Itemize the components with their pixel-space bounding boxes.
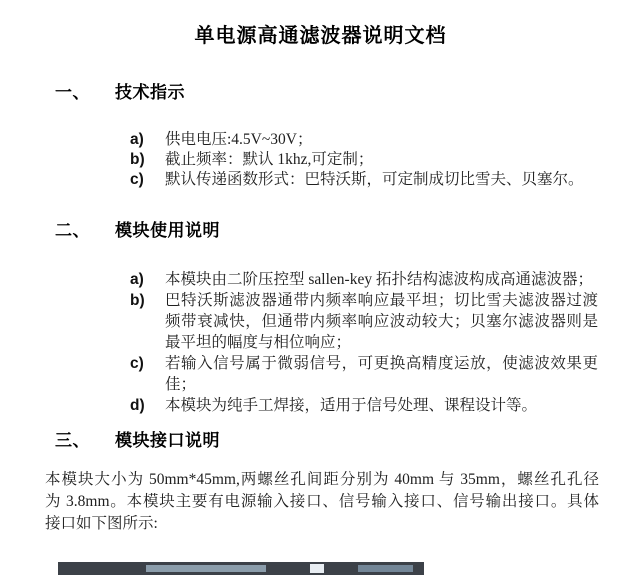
item-text: 若输入信号属于微弱信号，可更换高精度运放，使滤波效果更佳；	[165, 353, 598, 395]
document-page: 单电源高通滤波器说明文档 一、 技术指示 a) 供电电压:4.5V~30V； b…	[0, 0, 641, 576]
list-item: b) 截止频率：默认 1khz,可定制；	[130, 150, 598, 170]
photo-fragment	[310, 564, 324, 573]
item-text: 截止频率：默认 1khz,可定制；	[165, 150, 598, 170]
section-1-items: a) 供电电压:4.5V~30V； b) 截止频率：默认 1khz,可定制； c…	[130, 130, 598, 190]
section-3-heading: 三、 模块接口说明	[55, 426, 220, 451]
document-title: 单电源高通滤波器说明文档	[0, 19, 641, 48]
item-text: 巴特沃斯滤波器通带内频率响应最平坦；切比雪夫滤波器过渡频带衰减快，但通带内频率响…	[165, 290, 598, 353]
section-3-number: 三、	[55, 426, 115, 451]
section-1-title: 技术指示	[115, 78, 185, 103]
section-2-title: 模块使用说明	[115, 216, 220, 241]
item-text: 供电电压:4.5V~30V；	[165, 130, 598, 150]
item-label: a)	[130, 130, 165, 150]
module-photo-top-edge	[58, 562, 424, 575]
photo-fragment	[146, 565, 266, 572]
section-1-heading: 一、 技术指示	[55, 78, 185, 103]
list-item: d) 本模块为纯手工焊接，适用于信号处理、课程设计等。	[130, 395, 598, 416]
item-label: c)	[130, 353, 165, 374]
item-text: 默认传递函数形式：巴特沃斯，可定制成切比雪夫、贝塞尔。	[165, 170, 598, 190]
item-text: 本模块由二阶压控型 sallen-key 拓扑结构滤波构成高通滤波器；	[165, 269, 598, 290]
section-1-number: 一、	[55, 78, 115, 103]
item-label: b)	[130, 150, 165, 170]
paragraph-line: 为 3.8mm。本模块主要有电源输入接口、信号输入接口、信号输出接口。具体	[45, 491, 599, 513]
paragraph-line: 接口如下图所示:	[45, 513, 599, 535]
paragraph-line: 本模块大小为 50mm*45mm,两螺丝孔间距分别为 40mm 与 35mm，螺…	[45, 469, 599, 491]
section-2-items: a) 本模块由二阶压控型 sallen-key 拓扑结构滤波构成高通滤波器； b…	[130, 269, 598, 416]
list-item: a) 本模块由二阶压控型 sallen-key 拓扑结构滤波构成高通滤波器；	[130, 269, 598, 290]
section-2-heading: 二、 模块使用说明	[55, 216, 220, 241]
list-item: b) 巴特沃斯滤波器通带内频率响应最平坦；切比雪夫滤波器过渡频带衰减快，但通带内…	[130, 290, 598, 353]
section-3-title: 模块接口说明	[115, 426, 220, 451]
body-paragraph: 本模块大小为 50mm*45mm,两螺丝孔间距分别为 40mm 与 35mm，螺…	[45, 469, 599, 535]
list-item: c) 默认传递函数形式：巴特沃斯，可定制成切比雪夫、贝塞尔。	[130, 170, 598, 190]
list-item: c) 若输入信号属于微弱信号，可更换高精度运放，使滤波效果更佳；	[130, 353, 598, 395]
photo-fragment	[358, 565, 413, 572]
item-label: a)	[130, 269, 165, 290]
item-label: c)	[130, 170, 165, 190]
section-2-number: 二、	[55, 216, 115, 241]
item-label: d)	[130, 395, 165, 416]
list-item: a) 供电电压:4.5V~30V；	[130, 130, 598, 150]
item-label: b)	[130, 290, 165, 311]
item-text: 本模块为纯手工焊接，适用于信号处理、课程设计等。	[165, 395, 598, 416]
